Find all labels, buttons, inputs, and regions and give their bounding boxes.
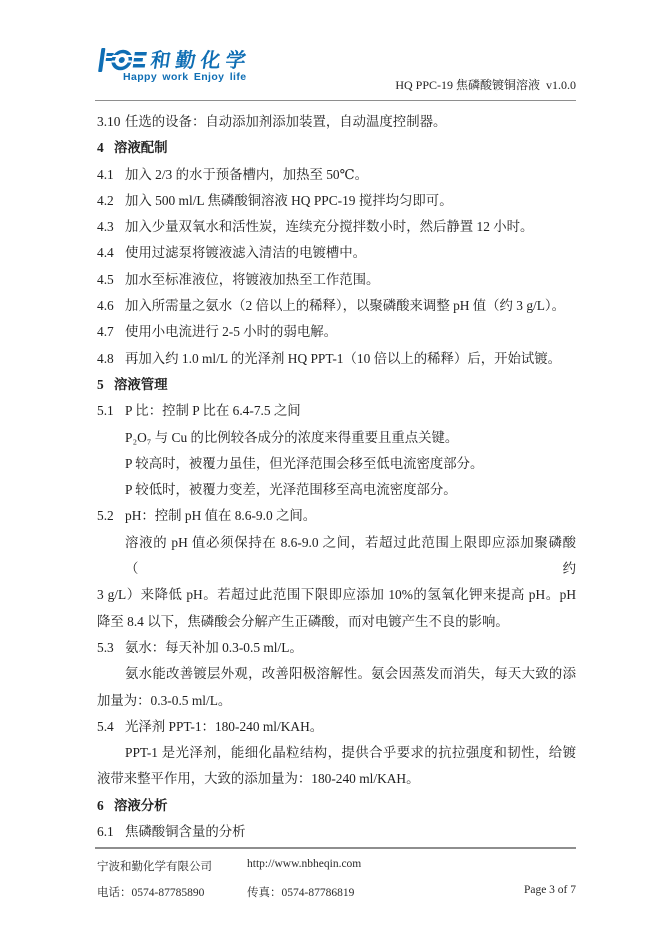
footer-website: http://www.nbheqin.com xyxy=(247,858,361,870)
line-number: 5.3 xyxy=(97,635,125,661)
body-line: 4.2加入 500 ml/L 焦磷酸铜溶液 HQ PPC-19 搅拌均匀即可。 xyxy=(97,188,576,214)
line-number: 4.4 xyxy=(97,240,125,266)
footer-phone: 电话：0574-87785890 xyxy=(97,884,204,900)
line-text: P 比：控制 P 比在 6.4-7.5 之间 xyxy=(125,403,301,418)
header-rule xyxy=(95,100,576,101)
body-line: 4.4使用过滤泵将镀液滤入清洁的电镀槽中。 xyxy=(97,240,576,266)
line-number: 4.8 xyxy=(97,346,125,372)
line-text: 任选的设备：自动添加剂添加装置，自动温度控制器。 xyxy=(125,114,446,129)
line-number: 4 xyxy=(97,135,114,161)
line-text: 焦磷酸铜含量的分析 xyxy=(125,824,246,839)
body-line: 4.6加入所需量之氨水（2 倍以上的稀释），以聚磷酸来调整 pH 值（约 3 g… xyxy=(97,293,576,319)
body-line: 4.7使用小电流进行 2-5 小时的弱电解。 xyxy=(97,319,576,345)
section-heading: 4溶液配制 xyxy=(97,135,576,161)
line-text: 溶液管理 xyxy=(114,377,168,392)
section-heading: 6溶液分析 xyxy=(97,793,576,819)
footer-company: 宁波和勤化学有限公司 xyxy=(97,858,212,874)
line-text: 使用小电流进行 2-5 小时的弱电解。 xyxy=(125,324,337,339)
body-line: 降至 8.4 以下，焦磷酸会分解产生正磷酸，而对电镀产生不良的影响。 xyxy=(97,609,576,635)
document-body: 3.10任选的设备：自动添加剂添加装置，自动温度控制器。4溶液配制4.1加入 2… xyxy=(97,109,576,845)
body-line: PPT-1 是光泽剂，能细化晶粒结构，提供合乎要求的抗拉强度和韧性，给镀 xyxy=(97,740,576,766)
body-line: 5.2pH：控制 pH 值在 8.6-9.0 之间。 xyxy=(97,503,576,529)
line-text: 加水至标准液位，将镀液加热至工作范围。 xyxy=(125,272,379,287)
line-number: 4.5 xyxy=(97,267,125,293)
body-line: 氨水能改善镀层外观，改善阳极溶解性。氨会因蒸发而消失，每天大致的添 xyxy=(97,661,576,687)
line-number: 5.4 xyxy=(97,714,125,740)
line-text: P 较低时，被覆力变差，光泽范围移至高电流密度部分。 xyxy=(125,482,457,497)
body-line: 5.3氨水：每天补加 0.3-0.5 ml/L。 xyxy=(97,635,576,661)
body-line: 5.4光泽剂 PPT-1：180-240 ml/KAH。 xyxy=(97,714,576,740)
line-text: 加入所需量之氨水（2 倍以上的稀释），以聚磷酸来调整 pH 值（约 3 g/L）… xyxy=(125,298,565,313)
logo-tagline: Happy work Enjoy life xyxy=(123,71,247,83)
body-line: 4.3加入少量双氧水和活性炭，连续充分搅拌数小时，然后静置 12 小时。 xyxy=(97,214,576,240)
body-line: 溶液的 pH 值必须保持在 8.6-9.0 之间，若超过此范围上限即应添加聚磷酸… xyxy=(97,530,576,583)
line-text: 使用过滤泵将镀液滤入清洁的电镀槽中。 xyxy=(125,245,366,260)
line-text: 溶液分析 xyxy=(114,798,168,813)
line-number: 5.1 xyxy=(97,398,125,424)
footer-fax: 传真：0574-87786819 xyxy=(247,884,354,900)
line-text: 加入 2/3 的水于预备槽内，加热至 50℃。 xyxy=(125,167,368,182)
body-line: 4.5加水至标准液位，将镀液加热至工作范围。 xyxy=(97,267,576,293)
line-text: 溶液的 pH 值必须保持在 8.6-9.0 之间，若超过此范围上限即应添加聚磷酸… xyxy=(125,535,576,576)
line-text: pH：控制 pH 值在 8.6-9.0 之间。 xyxy=(125,508,316,523)
body-line: P 较高时，被覆力虽佳，但光泽范围会移至低电流密度部分。 xyxy=(97,451,576,477)
logo-text: 和勤化学 xyxy=(149,44,253,73)
line-number: 5 xyxy=(97,372,114,398)
line-number: 4.7 xyxy=(97,319,125,345)
footer-page-number: Page 3 of 7 xyxy=(524,884,576,896)
body-line: 5.1P 比：控制 P 比在 6.4-7.5 之间 xyxy=(97,398,576,424)
body-line: 6.1焦磷酸铜含量的分析 xyxy=(97,819,576,845)
line-text: P 较高时，被覆力虽佳，但光泽范围会移至低电流密度部分。 xyxy=(125,456,483,471)
line-text: 氨水：每天补加 0.3-0.5 ml/L。 xyxy=(125,640,303,655)
line-text: 光泽剂 PPT-1：180-240 ml/KAH。 xyxy=(125,719,323,734)
line-text: 降至 8.4 以下，焦磷酸会分解产生正磷酸，而对电镀产生不良的影响。 xyxy=(97,614,509,629)
line-number: 4.2 xyxy=(97,188,125,214)
section-heading: 5溶液管理 xyxy=(97,372,576,398)
line-number: 3.10 xyxy=(97,109,125,135)
line-number: 5.2 xyxy=(97,503,125,529)
body-line: 加量为：0.3-0.5 ml/L。 xyxy=(97,688,576,714)
line-number: 6.1 xyxy=(97,819,125,845)
body-line: P₂O₇ 与 Cu 的比例较各成分的浓度来得重要且重点关键。 xyxy=(97,425,576,451)
line-number: 6 xyxy=(97,793,114,819)
document-header-title: HQ PPC-19 焦磷酸镀铜溶液 v1.0.0 xyxy=(395,76,576,93)
body-line: 4.8再加入约 1.0 ml/L 的光泽剂 HQ PPT-1（10 倍以上的稀释… xyxy=(97,346,576,372)
footer-rule xyxy=(95,847,576,849)
body-line: 4.1加入 2/3 的水于预备槽内，加热至 50℃。 xyxy=(97,162,576,188)
body-line: 3.10任选的设备：自动添加剂添加装置，自动温度控制器。 xyxy=(97,109,576,135)
line-text: P₂O₇ 与 Cu 的比例较各成分的浓度来得重要且重点关键。 xyxy=(125,430,458,445)
line-number: 4.3 xyxy=(97,214,125,240)
line-text: 液带来整平作用，大致的添加量为：180-240 ml/KAH。 xyxy=(97,771,420,786)
line-number: 4.6 xyxy=(97,293,125,319)
line-text: 加量为：0.3-0.5 ml/L。 xyxy=(97,693,231,708)
document-page: 和勤化学 Happy work Enjoy life HQ PPC-19 焦磷酸… xyxy=(0,0,671,950)
body-line: P 较低时，被覆力变差，光泽范围移至高电流密度部分。 xyxy=(97,477,576,503)
line-text: 溶液配制 xyxy=(114,140,168,155)
line-text: 3 g/L）来降低 pH。若超过此范围下限即应添加 10%的氢氧化钾来提高 pH… xyxy=(97,587,576,602)
line-text: 加入少量双氧水和活性炭，连续充分搅拌数小时，然后静置 12 小时。 xyxy=(125,219,533,234)
line-text: 再加入约 1.0 ml/L 的光泽剂 HQ PPT-1（10 倍以上的稀释）后，… xyxy=(125,351,561,366)
line-number: 4.1 xyxy=(97,162,125,188)
line-text: 氨水能改善镀层外观，改善阳极溶解性。氨会因蒸发而消失，每天大致的添 xyxy=(125,666,576,681)
line-text: PPT-1 是光泽剂，能细化晶粒结构，提供合乎要求的抗拉强度和韧性，给镀 xyxy=(125,745,576,760)
body-line: 液带来整平作用，大致的添加量为：180-240 ml/KAH。 xyxy=(97,766,576,792)
body-line: 3 g/L）来降低 pH。若超过此范围下限即应添加 10%的氢氧化钾来提高 pH… xyxy=(97,582,576,608)
line-text: 加入 500 ml/L 焦磷酸铜溶液 HQ PPC-19 搅拌均匀即可。 xyxy=(125,193,453,208)
